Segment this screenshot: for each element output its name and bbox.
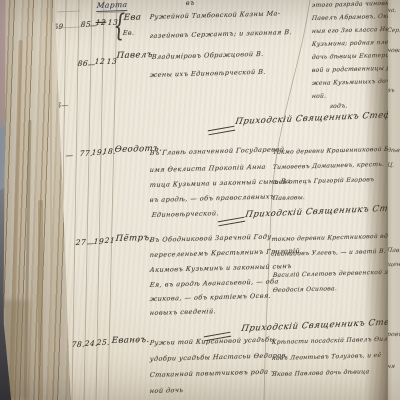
facing-page-text-fragment: ня xyxy=(388,364,395,370)
entry-baptized-day: 21 xyxy=(104,237,115,246)
record-line: ной дочь xyxy=(149,387,183,395)
entry-child-name: Пётръ, xyxy=(115,234,153,244)
record-line: ной. xyxy=(311,94,326,101)
facing-page-text-fragment: дѣв. xyxy=(388,148,400,154)
page-edge-streak xyxy=(38,200,43,400)
cut-off-text-fragment: въ xyxy=(185,0,195,7)
entry-born-day: 19 xyxy=(93,238,104,247)
entry-record-number: 27 xyxy=(75,239,86,248)
facing-page-sliver: ча. Сер. нова въ дѣв. Ц. Пав. щен. ровъ … xyxy=(388,0,400,400)
entry-record-number: 78. xyxy=(71,341,85,350)
page-edge-stain xyxy=(4,300,30,400)
entry-baptized-day: 25. xyxy=(96,339,110,348)
entry-born-day: 12 xyxy=(94,58,105,67)
entry-child-name: Ева xyxy=(123,14,141,24)
entry-born-day: 12 xyxy=(95,19,106,28)
facing-page-text-fragment: Пав. xyxy=(388,248,400,254)
facing-page-text-fragment: нова xyxy=(388,48,400,54)
record-line: Павловы. xyxy=(272,195,305,203)
entry-child-name: Еванѳъ. xyxy=(111,336,150,346)
record-line: годъ. xyxy=(329,104,347,111)
page-edge-streak xyxy=(50,0,52,400)
facing-page-text-fragment: ча. xyxy=(388,8,397,14)
facing-page-text-fragment: щен. xyxy=(388,262,400,268)
facing-page-text-fragment: въ xyxy=(388,88,395,94)
entry-child-name: Павелъ xyxy=(116,51,153,61)
facing-page-text-fragment: ровъ xyxy=(388,332,400,338)
photo-of-register-book: Марта въ 59 85— 58 85 — 12 13 { Ева Ев. … xyxy=(0,0,400,400)
register-page: Марта въ 59 85— 58 85 — 12 13 { Ева Ев. … xyxy=(46,0,394,400)
entry-name-note: Ев. xyxy=(122,30,134,37)
facing-page-text-fragment: Сер. xyxy=(388,28,400,34)
entry-margin-dash: — xyxy=(65,152,74,160)
facing-page-text-fragment: Ц. xyxy=(388,163,395,169)
